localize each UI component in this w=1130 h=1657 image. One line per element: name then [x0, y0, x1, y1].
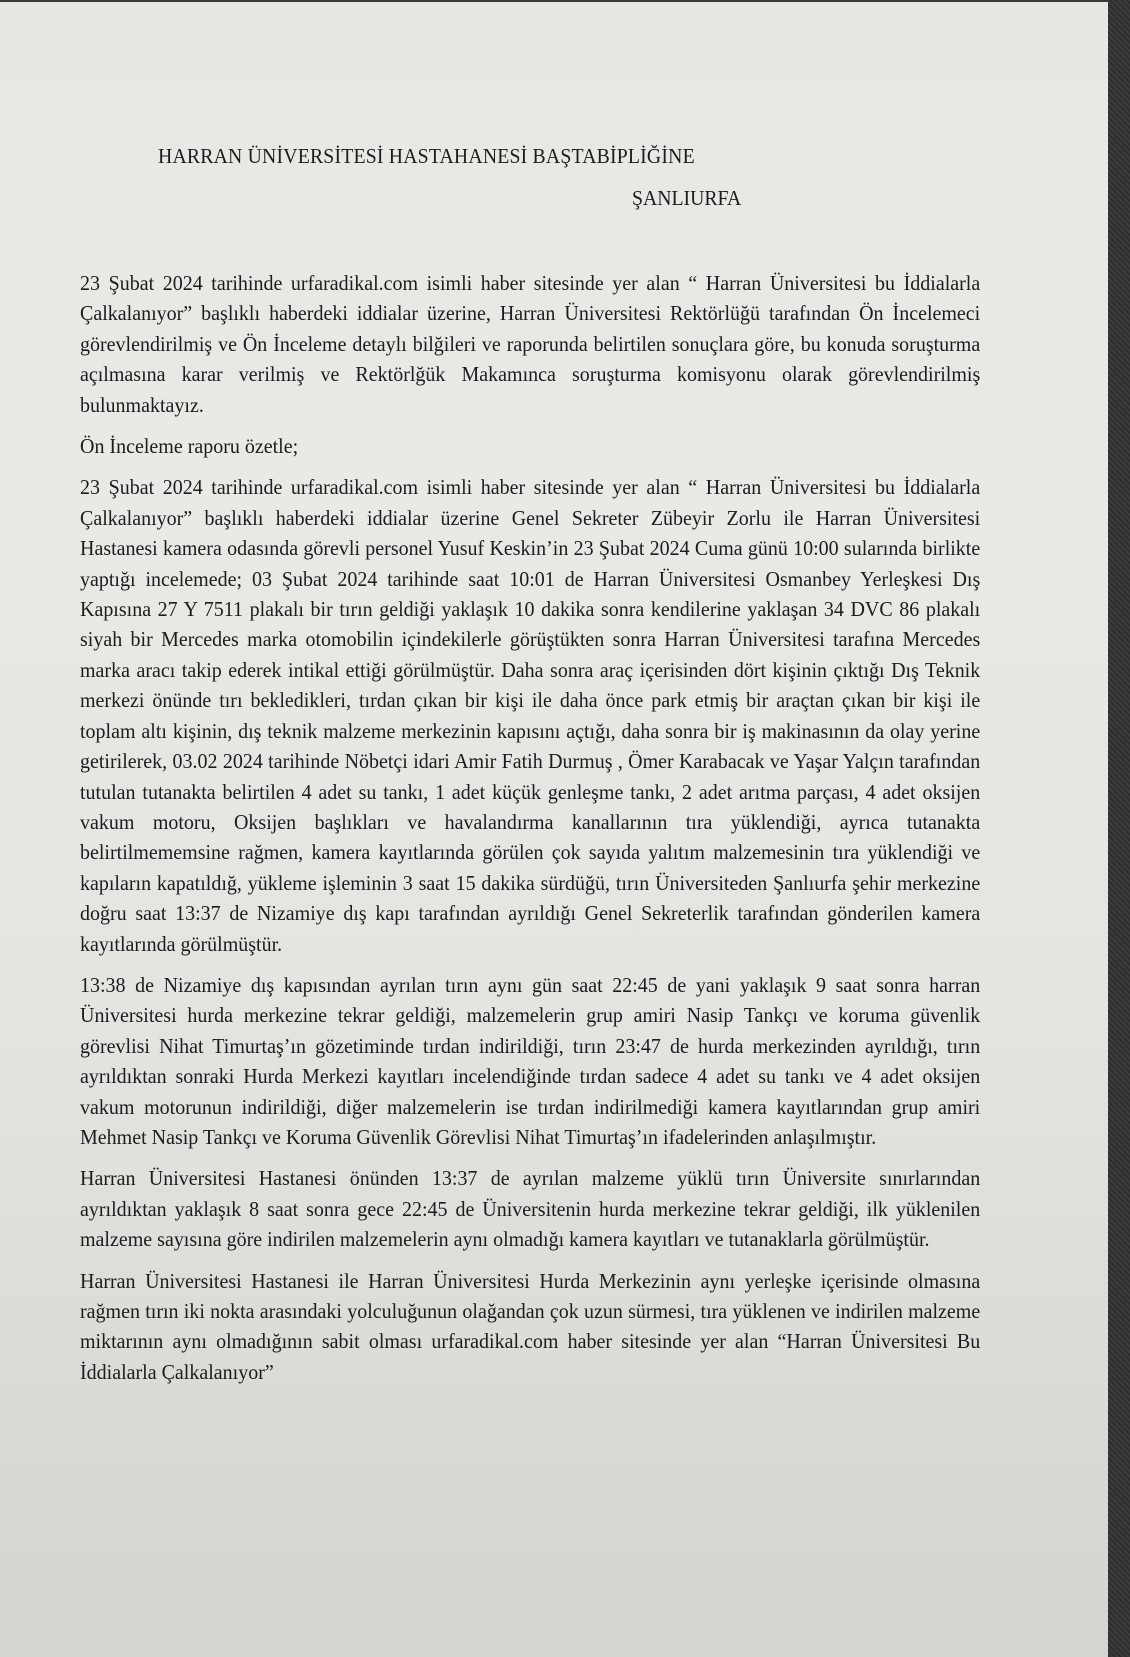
paper-top-edge — [0, 0, 1130, 2]
paragraph-findings: 23 Şubat 2024 tarihinde urfaradikal.com … — [80, 472, 980, 959]
city-heading: ŞANLIURFA — [632, 186, 741, 211]
paragraph-scrap-center: 13:38 de Nizamiye dış kapısından ayrılan… — [80, 970, 980, 1152]
document-body: 23 Şubat 2024 tarihinde urfaradikal.com … — [80, 268, 980, 1398]
paragraph-intro: 23 Şubat 2024 tarihinde urfaradikal.com … — [80, 268, 980, 420]
paragraph-summary-label: Ön İnceleme raporu özetle; — [80, 431, 980, 461]
addressee-heading: HARRAN ÜNİVERSİTESİ HASTAHANESİ BAŞTABİP… — [158, 144, 695, 169]
background-surface — [1108, 0, 1130, 1657]
paragraph-conclusion: Harran Üniversitesi Hastanesi ile Harran… — [80, 1266, 980, 1388]
document-page: HARRAN ÜNİVERSİTESİ HASTAHANESİ BAŞTABİP… — [0, 0, 1108, 1657]
paragraph-timeline: Harran Üniversitesi Hastanesi önünden 13… — [80, 1163, 980, 1254]
